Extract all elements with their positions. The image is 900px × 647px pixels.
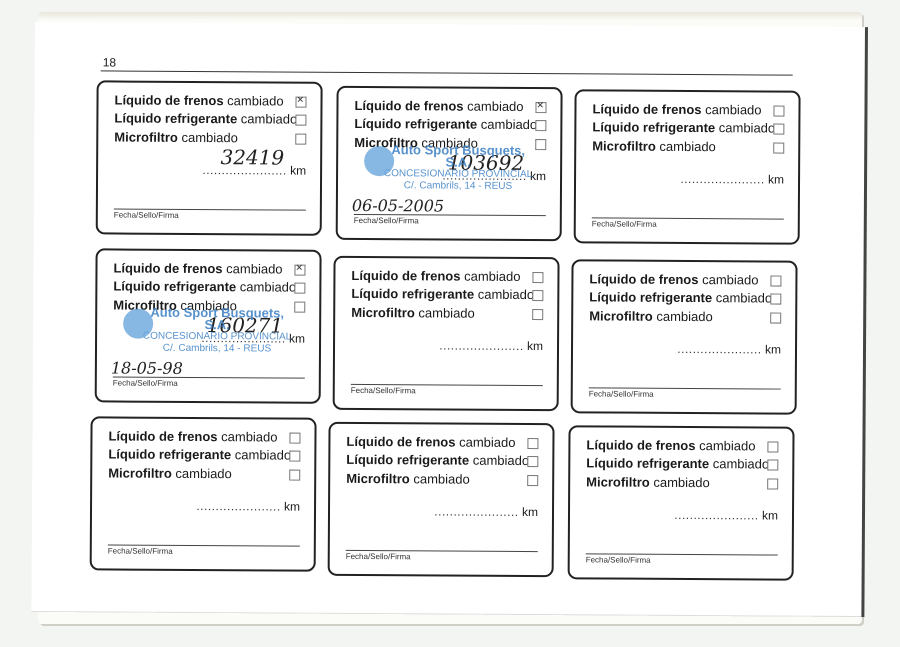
changed-label: cambiado xyxy=(467,99,523,114)
changed-label: cambiado xyxy=(716,290,772,305)
changed-label: cambiado xyxy=(413,471,469,486)
coolant-row: Líquido refrigerante cambiado xyxy=(589,289,781,308)
signature-label: Fecha/Sello/Firma xyxy=(586,555,651,564)
brake-fluid-row: Líquido de frenos cambiado xyxy=(589,271,781,290)
brake-fluid-row: Líquido de frenos cambiado xyxy=(354,98,546,117)
stamp-name: Auto Sport Busquets, S.A. xyxy=(137,307,297,332)
changed-label: cambiado xyxy=(221,429,277,444)
microfilter-row: Microfiltro cambiado xyxy=(351,305,543,324)
microfilter-row: Microfiltro cambiado xyxy=(586,474,778,493)
handwritten-date: 18-05-98 xyxy=(111,358,183,377)
brake-fluid-row: Líquido de frenos cambiado xyxy=(586,437,778,456)
coolant-checkbox[interactable] xyxy=(527,456,538,467)
brake-fluid-checkbox[interactable] xyxy=(535,102,546,113)
service-record-box-9: Líquido de frenos cambiado Líquido refri… xyxy=(568,425,795,580)
handwritten-date: 06-05-2005 xyxy=(352,196,444,216)
coolant-checkbox[interactable] xyxy=(289,451,300,462)
stamp-line1: CONCESIONARIO PROVINCIAL xyxy=(378,168,538,181)
brake-fluid-label: Líquido de frenos xyxy=(592,101,701,117)
brake-fluid-checkbox[interactable] xyxy=(527,438,538,449)
changed-label: cambiado xyxy=(459,435,515,450)
microfilter-label: Microfiltro xyxy=(586,474,650,489)
km-unit: km xyxy=(765,342,781,356)
coolant-checkbox[interactable] xyxy=(535,120,546,131)
microfilter-label: Microfiltro xyxy=(351,305,415,320)
coolant-label: Líquido refrigerante xyxy=(592,119,715,135)
coolant-label: Líquido refrigerante xyxy=(351,286,474,302)
coolant-checkbox[interactable] xyxy=(767,459,778,470)
changed-label: cambiado xyxy=(719,120,775,135)
changed-label: cambiado xyxy=(702,272,758,287)
dealer-stamp: Auto Sport Busquets, S.A.CONCESIONARIO P… xyxy=(378,144,538,193)
booklet-page: 18 Líquido de frenos cambiado Líquido re… xyxy=(31,22,868,617)
changed-label: cambiado xyxy=(699,438,755,453)
microfilter-label: Microfiltro xyxy=(346,471,410,486)
km-field[interactable]: ...................... km xyxy=(434,504,538,519)
brake-fluid-label: Líquido de frenos xyxy=(108,428,217,444)
microfilter-label: Microfiltro xyxy=(108,465,172,480)
brake-fluid-checkbox[interactable] xyxy=(773,106,784,117)
brake-fluid-label: Líquido de frenos xyxy=(113,260,222,276)
service-record-box-6: Líquido de frenos cambiado Líquido refri… xyxy=(571,259,798,414)
changed-label: cambiado xyxy=(464,269,520,284)
dealer-stamp: Auto Sport Busquets, S.A.CONCESIONARIO P… xyxy=(137,307,297,356)
coolant-row: Líquido refrigerante cambiado xyxy=(113,278,305,297)
changed-label: cambiado xyxy=(227,93,283,108)
header-rule xyxy=(101,70,793,75)
microfilter-checkbox[interactable] xyxy=(527,475,538,486)
changed-label: cambiado xyxy=(478,287,534,302)
coolant-row: Líquido refrigerante cambiado xyxy=(592,119,784,138)
microfilter-label: Microfiltro xyxy=(592,138,656,153)
coolant-row: Líquido refrigerante cambiado xyxy=(586,455,778,474)
changed-label: cambiado xyxy=(418,305,474,320)
service-record-box-8: Líquido de frenos cambiado Líquido refri… xyxy=(328,422,555,577)
dealer-logo-icon xyxy=(123,309,153,339)
service-record-box-5: Líquido de frenos cambiado Líquido refri… xyxy=(333,256,560,411)
coolant-label: Líquido refrigerante xyxy=(589,289,712,305)
km-field[interactable]: ...................... km xyxy=(680,172,784,187)
coolant-label: Líquido refrigerante xyxy=(354,116,477,132)
km-field[interactable]: ...................... km xyxy=(677,342,781,357)
km-unit: km xyxy=(527,339,543,353)
km-dotted-line: ...................... xyxy=(674,508,758,523)
coolant-label: Líquido refrigerante xyxy=(114,110,237,126)
stamp-line2: C/. Cambrils, 14 - REUS xyxy=(378,180,538,193)
km-dotted-line: ...................... xyxy=(439,338,523,353)
signature-label: Fecha/Sello/Firma xyxy=(108,546,173,555)
coolant-row: Líquido refrigerante cambiado xyxy=(346,452,538,471)
microfilter-label: Microfiltro xyxy=(589,308,653,323)
service-record-box-4: Líquido de frenos cambiado Líquido refri… xyxy=(95,248,322,403)
microfilter-checkbox[interactable] xyxy=(532,309,543,320)
service-record-box-2: Líquido de frenos cambiado Líquido refri… xyxy=(336,86,563,241)
coolant-label: Líquido refrigerante xyxy=(586,455,709,471)
changed-label: cambiado xyxy=(241,111,297,126)
coolant-checkbox[interactable] xyxy=(773,124,784,135)
brake-fluid-row: Líquido de frenos cambiado xyxy=(351,268,543,287)
changed-label: cambiado xyxy=(226,261,282,276)
microfilter-checkbox[interactable] xyxy=(773,143,784,154)
changed-label: cambiado xyxy=(181,130,237,145)
brake-fluid-row: Líquido de frenos cambiado xyxy=(592,101,784,120)
microfilter-checkbox[interactable] xyxy=(289,470,300,481)
signature-label: Fecha/Sello/Firma xyxy=(589,389,654,398)
km-dotted-line: ...................... xyxy=(680,172,764,187)
changed-label: cambiado xyxy=(481,117,537,132)
stamp-line1: CONCESIONARIO PROVINCIAL xyxy=(137,331,297,344)
brake-fluid-row: Líquido de frenos cambiado xyxy=(108,428,300,447)
signature-label: Fecha/Sello/Firma xyxy=(592,219,657,228)
brake-fluid-row: Líquido de frenos cambiado xyxy=(114,92,306,111)
km-dotted-line: ...................... xyxy=(196,499,280,514)
km-field[interactable]: ...................... km xyxy=(196,499,300,514)
brake-fluid-checkbox[interactable] xyxy=(532,272,543,283)
stamp-name: Auto Sport Busquets, S.A. xyxy=(378,144,538,169)
km-unit: km xyxy=(768,172,784,186)
coolant-row: Líquido refrigerante cambiado xyxy=(108,446,300,465)
changed-label: cambiado xyxy=(713,456,769,471)
coolant-label: Líquido refrigerante xyxy=(113,278,236,294)
microfilter-row: Microfiltro cambiado xyxy=(346,471,538,490)
page-number: 18 xyxy=(103,55,116,69)
coolant-row: Líquido refrigerante cambiado xyxy=(114,110,306,129)
signature-label: Fecha/Sello/Firma xyxy=(113,378,178,387)
km-dotted-line: ...................... xyxy=(677,342,761,357)
km-unit: km xyxy=(522,505,538,519)
signature-label: Fecha/Sello/Firma xyxy=(351,386,416,395)
km-unit: km xyxy=(284,500,300,514)
brake-fluid-label: Líquido de frenos xyxy=(589,271,698,287)
microfilter-row: Microfiltro cambiado xyxy=(108,465,300,484)
brake-fluid-label: Líquido de frenos xyxy=(114,92,223,108)
coolant-checkbox[interactable] xyxy=(294,283,305,294)
coolant-row: Líquido refrigerante cambiado xyxy=(354,116,546,135)
brake-fluid-label: Líquido de frenos xyxy=(354,98,463,114)
changed-label: cambiado xyxy=(175,466,231,481)
signature-label: Fecha/Sello/Firma xyxy=(354,216,419,225)
brake-fluid-checkbox[interactable] xyxy=(295,97,306,108)
changed-label: cambiado xyxy=(240,279,296,294)
coolant-label: Líquido refrigerante xyxy=(108,446,231,462)
km-field[interactable]: ...................... km xyxy=(674,508,778,523)
brake-fluid-label: Líquido de frenos xyxy=(586,437,695,453)
coolant-row: Líquido refrigerante cambiado xyxy=(351,286,543,305)
km-dotted-line: ...................... xyxy=(434,504,518,519)
brake-fluid-label: Líquido de frenos xyxy=(346,434,455,450)
km-unit: km xyxy=(290,164,306,178)
service-record-box-7: Líquido de frenos cambiado Líquido refri… xyxy=(90,416,317,571)
coolant-label: Líquido refrigerante xyxy=(346,452,469,468)
brake-fluid-checkbox[interactable] xyxy=(294,265,305,276)
brake-fluid-checkbox[interactable] xyxy=(289,433,300,444)
brake-fluid-checkbox[interactable] xyxy=(770,275,781,286)
brake-fluid-checkbox[interactable] xyxy=(767,441,778,452)
changed-label: cambiado xyxy=(235,447,291,462)
microfilter-checkbox[interactable] xyxy=(767,478,778,489)
dealer-logo-icon xyxy=(364,146,394,176)
brake-fluid-label: Líquido de frenos xyxy=(351,268,460,284)
service-record-box-1: Líquido de frenos cambiado Líquido refri… xyxy=(96,80,323,235)
stamp-line2: C/. Cambrils, 14 - REUS xyxy=(137,343,297,356)
coolant-checkbox[interactable] xyxy=(770,293,781,304)
brake-fluid-row: Líquido de frenos cambiado xyxy=(346,434,538,453)
microfilter-checkbox[interactable] xyxy=(770,312,781,323)
km-unit: km xyxy=(762,508,778,522)
microfilter-checkbox[interactable] xyxy=(295,134,306,145)
coolant-checkbox[interactable] xyxy=(295,115,306,126)
coolant-checkbox[interactable] xyxy=(532,290,543,301)
signature-label: Fecha/Sello/Firma xyxy=(346,552,411,561)
changed-label: cambiado xyxy=(659,139,715,154)
microfilter-label: Microfiltro xyxy=(114,129,178,144)
service-record-box-3: Líquido de frenos cambiado Líquido refri… xyxy=(574,89,801,244)
changed-label: cambiado xyxy=(656,309,712,324)
brake-fluid-row: Líquido de frenos cambiado xyxy=(113,260,305,279)
changed-label: cambiado xyxy=(705,102,761,117)
microfilter-row: Microfiltro cambiado xyxy=(589,308,781,327)
microfilter-row: Microfiltro cambiado xyxy=(592,138,784,157)
km-handwritten-value: 32419 xyxy=(220,145,284,169)
km-field[interactable]: 32419 ...................... km xyxy=(202,163,306,178)
km-field[interactable]: ...................... km xyxy=(439,338,543,353)
signature-label: Fecha/Sello/Firma xyxy=(114,210,179,219)
changed-label: cambiado xyxy=(473,453,529,468)
changed-label: cambiado xyxy=(653,475,709,490)
